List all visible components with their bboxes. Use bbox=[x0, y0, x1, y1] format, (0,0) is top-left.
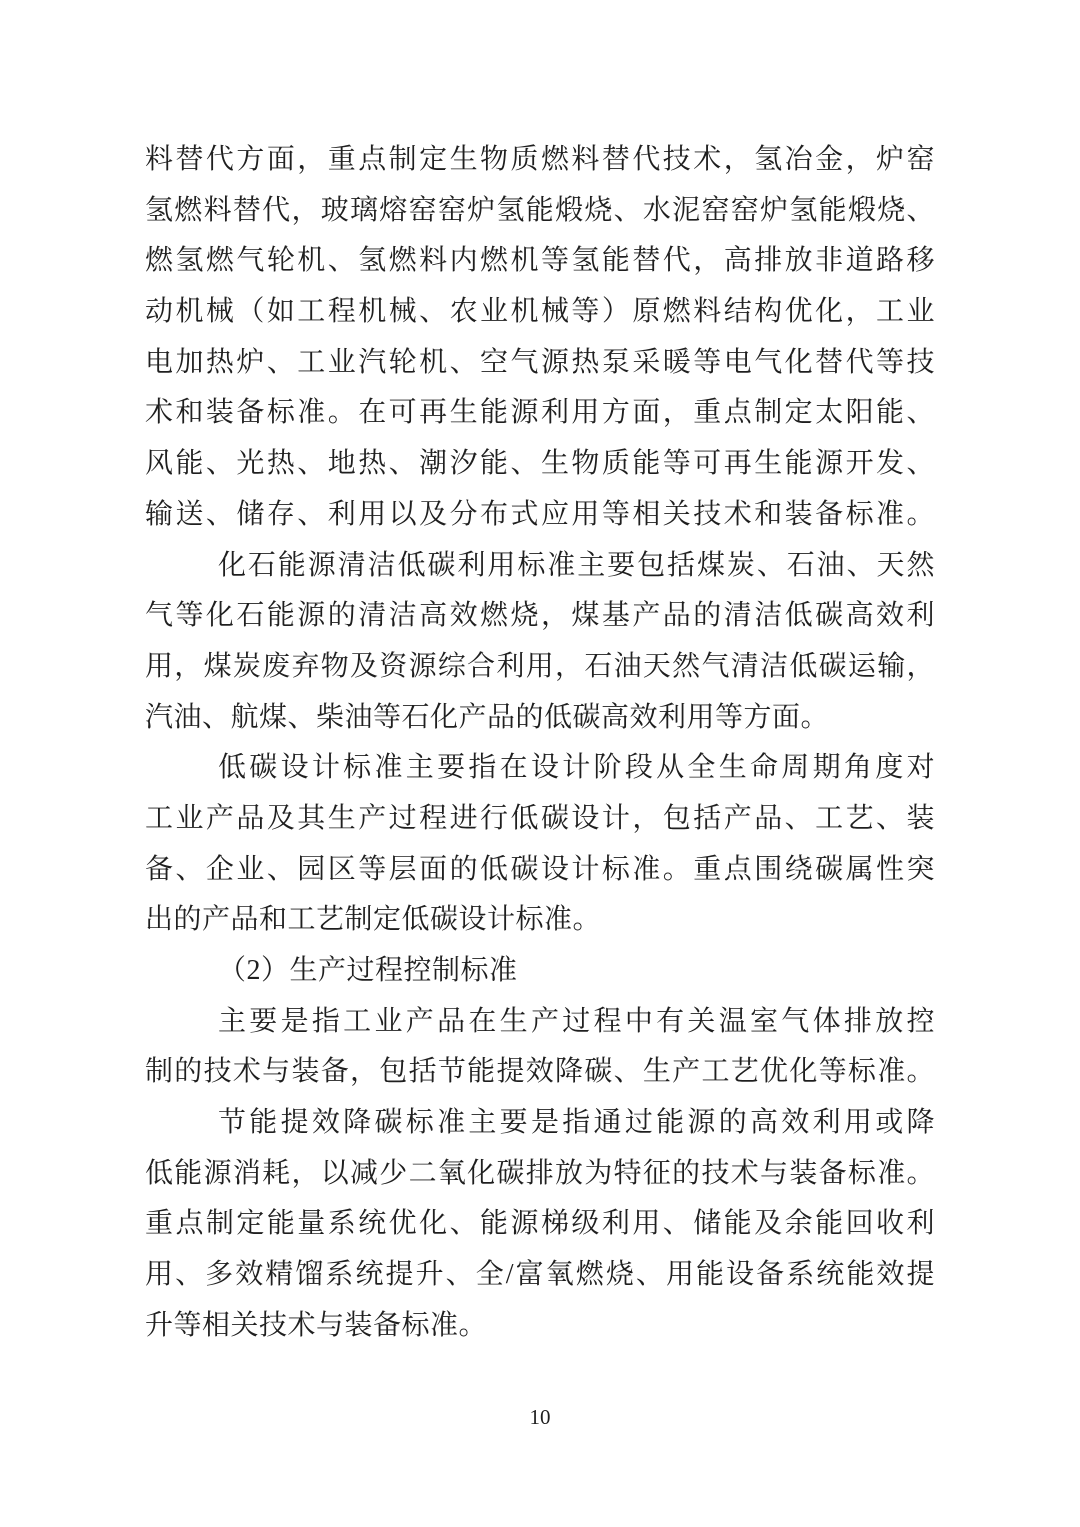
text-line: 低能源消耗，以减少二氧化碳排放为特征的技术与装备标准。 bbox=[145, 1149, 935, 1200]
text-line: 用，煤炭废弃物及资源综合利用，石油天然气清洁低碳运输， bbox=[145, 642, 935, 693]
text-line: 术和装备标准。在可再生能源利用方面，重点制定太阳能、 bbox=[145, 388, 935, 439]
document-body: 料替代方面，重点制定生物质燃料替代技术，氢冶金，炉窑氢燃料替代，玻璃熔窑窑炉氢能… bbox=[145, 135, 935, 1352]
text-line: 燃氢燃气轮机、氢燃料内燃机等氢能替代，高排放非道路移 bbox=[145, 236, 935, 287]
text-line: 主要是指工业产品在生产过程中有关温室气体排放控 bbox=[145, 997, 935, 1048]
text-line: 节能提效降碳标准主要是指通过能源的高效利用或降 bbox=[145, 1098, 935, 1149]
text-line: 风能、光热、地热、潮汐能、生物质能等可再生能源开发、 bbox=[145, 439, 935, 490]
text-line: 升等相关技术与装备标准。 bbox=[145, 1301, 935, 1352]
document-page: 料替代方面，重点制定生物质燃料替代技术，氢冶金，炉窑氢燃料替代，玻璃熔窑窑炉氢能… bbox=[0, 0, 1080, 1527]
text-line: 电加热炉、工业汽轮机、空气源热泵采暖等电气化替代等技 bbox=[145, 338, 935, 389]
paragraph: 低碳设计标准主要指在设计阶段从全生命周期角度对工业产品及其生产过程进行低碳设计，… bbox=[145, 743, 935, 946]
text-line: 备、企业、园区等层面的低碳设计标准。重点围绕碳属性突 bbox=[145, 845, 935, 896]
text-line: 动机械（如工程机械、农业机械等）原燃料结构优化，工业 bbox=[145, 287, 935, 338]
text-line: 用、多效精馏系统提升、全/富氧燃烧、用能设备系统能效提 bbox=[145, 1250, 935, 1301]
text-line: 化石能源清洁低碳利用标准主要包括煤炭、石油、天然 bbox=[145, 541, 935, 592]
paragraph: 主要是指工业产品在生产过程中有关温室气体排放控制的技术与装备，包括节能提效降碳、… bbox=[145, 997, 935, 1098]
paragraph: 化石能源清洁低碳利用标准主要包括煤炭、石油、天然气等化石能源的清洁高效燃烧，煤基… bbox=[145, 541, 935, 744]
text-line: 氢燃料替代，玻璃熔窑窑炉氢能煅烧、水泥窑窑炉氢能煅烧、 bbox=[145, 186, 935, 237]
paragraph: （2）生产过程控制标准 bbox=[145, 946, 935, 997]
text-line: 汽油、航煤、柴油等石化产品的低碳高效利用等方面。 bbox=[145, 693, 935, 744]
text-line: 输送、储存、利用以及分布式应用等相关技术和装备标准。 bbox=[145, 490, 935, 541]
text-line: 出的产品和工艺制定低碳设计标准。 bbox=[145, 895, 935, 946]
paragraph: 节能提效降碳标准主要是指通过能源的高效利用或降低能源消耗，以减少二氧化碳排放为特… bbox=[145, 1098, 935, 1351]
text-line: 料替代方面，重点制定生物质燃料替代技术，氢冶金，炉窑 bbox=[145, 135, 935, 186]
page-number: 10 bbox=[0, 1405, 1080, 1430]
text-line: 低碳设计标准主要指在设计阶段从全生命周期角度对 bbox=[145, 743, 935, 794]
paragraph: 料替代方面，重点制定生物质燃料替代技术，氢冶金，炉窑氢燃料替代，玻璃熔窑窑炉氢能… bbox=[145, 135, 935, 541]
text-line: 气等化石能源的清洁高效燃烧，煤基产品的清洁低碳高效利 bbox=[145, 591, 935, 642]
text-line: 制的技术与装备，包括节能提效降碳、生产工艺优化等标准。 bbox=[145, 1047, 935, 1098]
text-line: （2）生产过程控制标准 bbox=[145, 946, 935, 997]
text-line: 工业产品及其生产过程进行低碳设计，包括产品、工艺、装 bbox=[145, 794, 935, 845]
text-line: 重点制定能量系统优化、能源梯级利用、储能及余能回收利 bbox=[145, 1199, 935, 1250]
